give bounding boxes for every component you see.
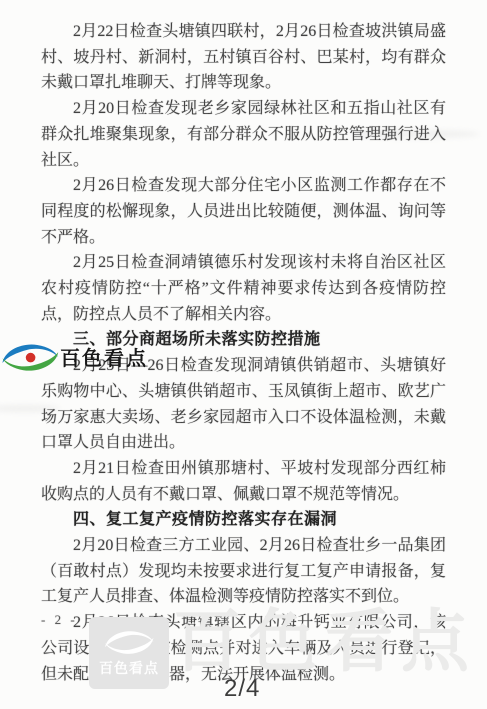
paragraph-work-resumption: 2月20日检查三方工业园、2月26日检查壮乡一品集团（百敢村点）发现均未按要求进… xyxy=(41,533,446,610)
paragraph-community-gathering: 2月20日检查发现老乡家园绿林社区和五指山社区有群众扎堆聚集现象，有部分群众不服… xyxy=(41,96,446,173)
paragraph-tomato-purchase-points: 2月21日检查田州镇那塘村、平坡村发现部分西红柿收购点的人员有不戴口罩、佩戴口罩… xyxy=(41,456,446,507)
page-number-footer: - 2 - xyxy=(41,612,78,628)
watermark-large-text: 百色看点 xyxy=(173,608,477,676)
section-heading-4: 四、复工复产疫情防控落实存在漏洞 xyxy=(41,507,446,533)
baise-kandian-swirl-icon xyxy=(103,628,155,656)
paragraph-supermarkets: 2月25日—26日检查发现洞靖镇供销超市、头塘镇好乐购物中心、头塘镇供销超市、玉… xyxy=(41,353,446,456)
watermark-badge-label: 百色看点 xyxy=(99,658,159,678)
document-body: 2月22日检查头塘镇四联村，2月26日检查坡洪镇局盛村、坡丹村、新洞村，五村镇百… xyxy=(41,19,446,687)
section-heading-3: 三、部分商超场所未落实防控措施 xyxy=(41,327,446,353)
watermark-badge: 百色看点 xyxy=(89,617,169,689)
paragraph-ten-strict-rules: 2月25日检查洞靖镇德乐村发现该村未将自治区社区农村疫情防控“十严格”文件精神要… xyxy=(41,250,446,327)
document-page: 2月22日检查头塘镇四联村，2月26日检查坡洪镇局盛村、坡丹村、新洞村，五村镇百… xyxy=(0,0,487,709)
paragraph-residential-monitoring: 2月26日检查发现大部分住宅小区监测工作都存在不同程度的松懈现象，人员进出比较随… xyxy=(41,173,446,250)
paragraph-inspection-villages: 2月22日检查头塘镇四联村，2月26日检查坡洪镇局盛村、坡丹村、新洞村，五村镇百… xyxy=(41,19,446,96)
page-indicator: 2/4 xyxy=(224,675,260,703)
